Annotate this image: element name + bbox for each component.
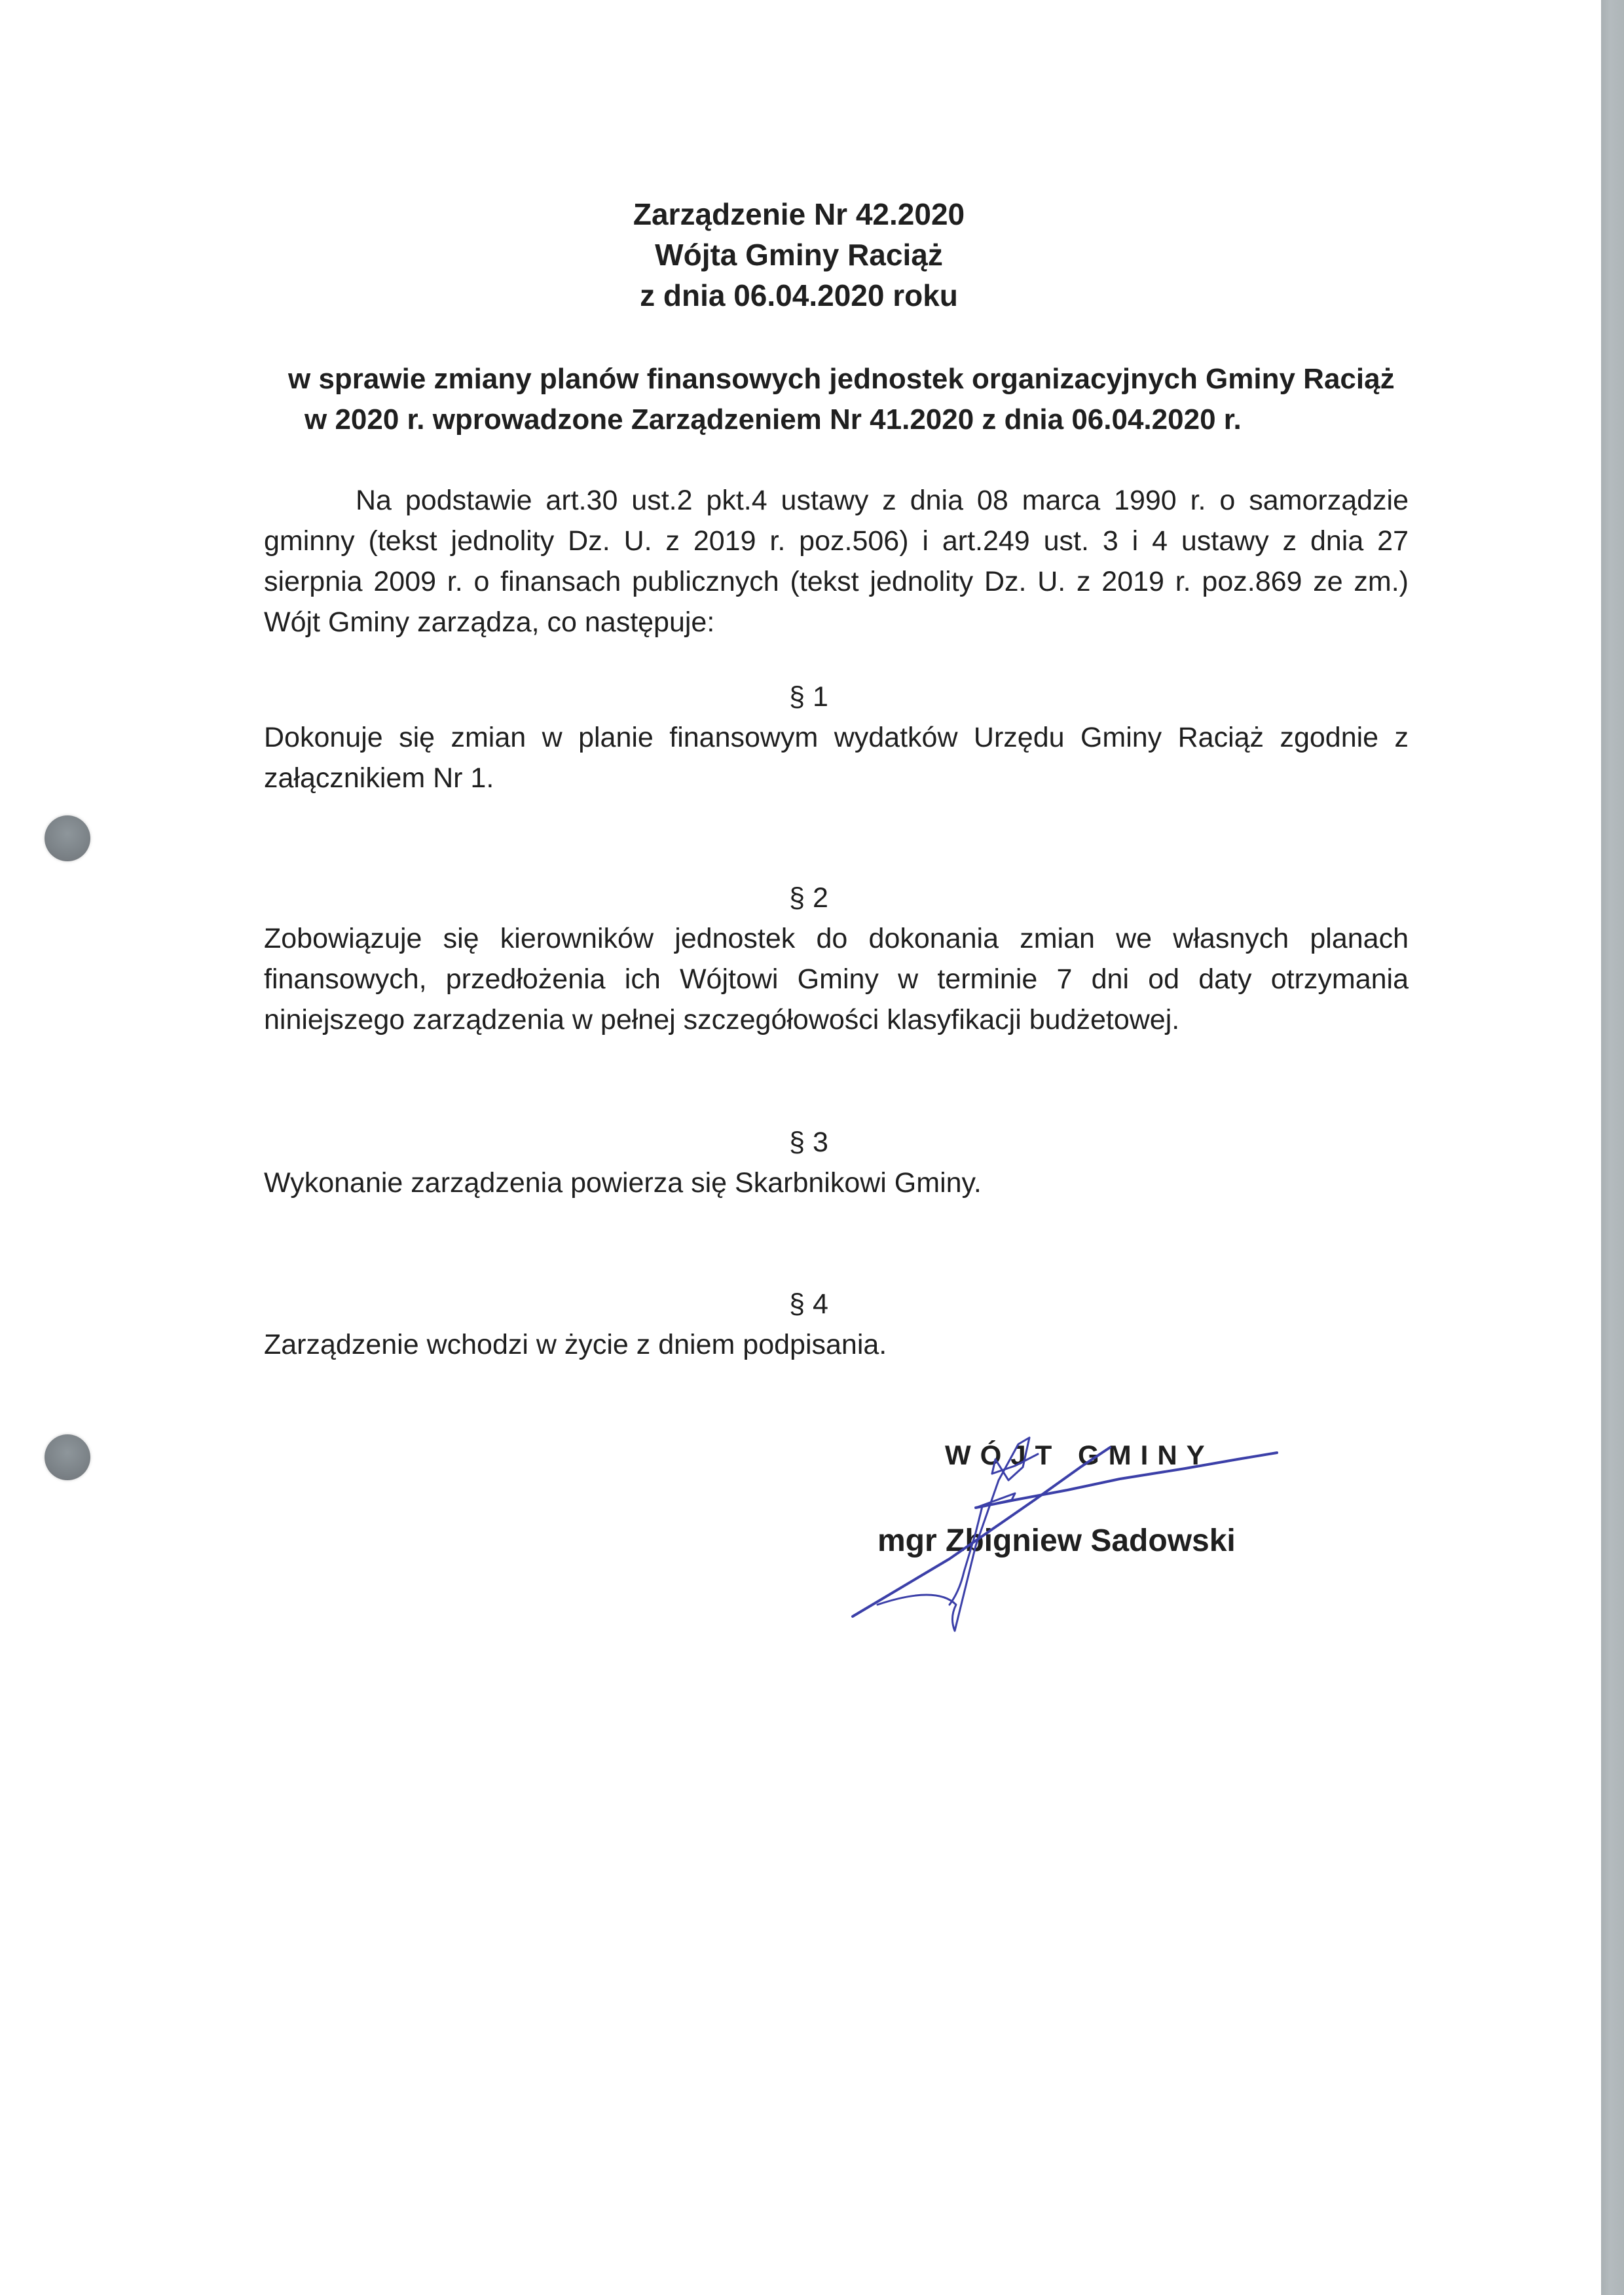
paragraph-text-3: Wykonanie zarządzenia powierza się Skarb… [264, 1163, 1409, 1203]
document-date: z dnia 06.04.2020 roku [0, 275, 1598, 316]
punch-hole-bottom [45, 1434, 90, 1480]
paragraph-text-2: Zobowiązuje się kierowników jednostek do… [264, 918, 1409, 1040]
scan-edge-shadow [1601, 0, 1624, 2295]
document-issuer: Wójta Gminy Raciąż [0, 234, 1598, 275]
document-header: Zarządzenie Nr 42.2020 Wójta Gminy Racią… [0, 194, 1598, 316]
paragraph-text-4: Zarządzenie wchodzi w życie z dniem podp… [264, 1324, 1409, 1365]
subject-line-1: w sprawie zmiany planów finansowych jedn… [288, 363, 1395, 395]
paragraph-sign-2: § 2 [0, 878, 1598, 918]
document-subject: w sprawie zmiany planów finansowych jedn… [288, 359, 1401, 440]
paragraph-sign-4: § 4 [0, 1284, 1598, 1324]
paragraph-sign-3: § 3 [0, 1122, 1598, 1163]
subject-line-2: w 2020 r. wprowadzone Zarządzeniem Nr 41… [288, 400, 1401, 440]
document-title: Zarządzenie Nr 42.2020 [0, 194, 1598, 234]
legal-basis: Na podstawie art.30 ust.2 pkt.4 ustawy z… [264, 480, 1409, 643]
punch-hole-top [45, 815, 90, 861]
paragraph-sign-1: § 1 [0, 677, 1598, 717]
paragraph-text-1: Dokonuje się zmian w planie finansowym w… [264, 717, 1409, 798]
handwritten-signature-icon [819, 1408, 1310, 1657]
